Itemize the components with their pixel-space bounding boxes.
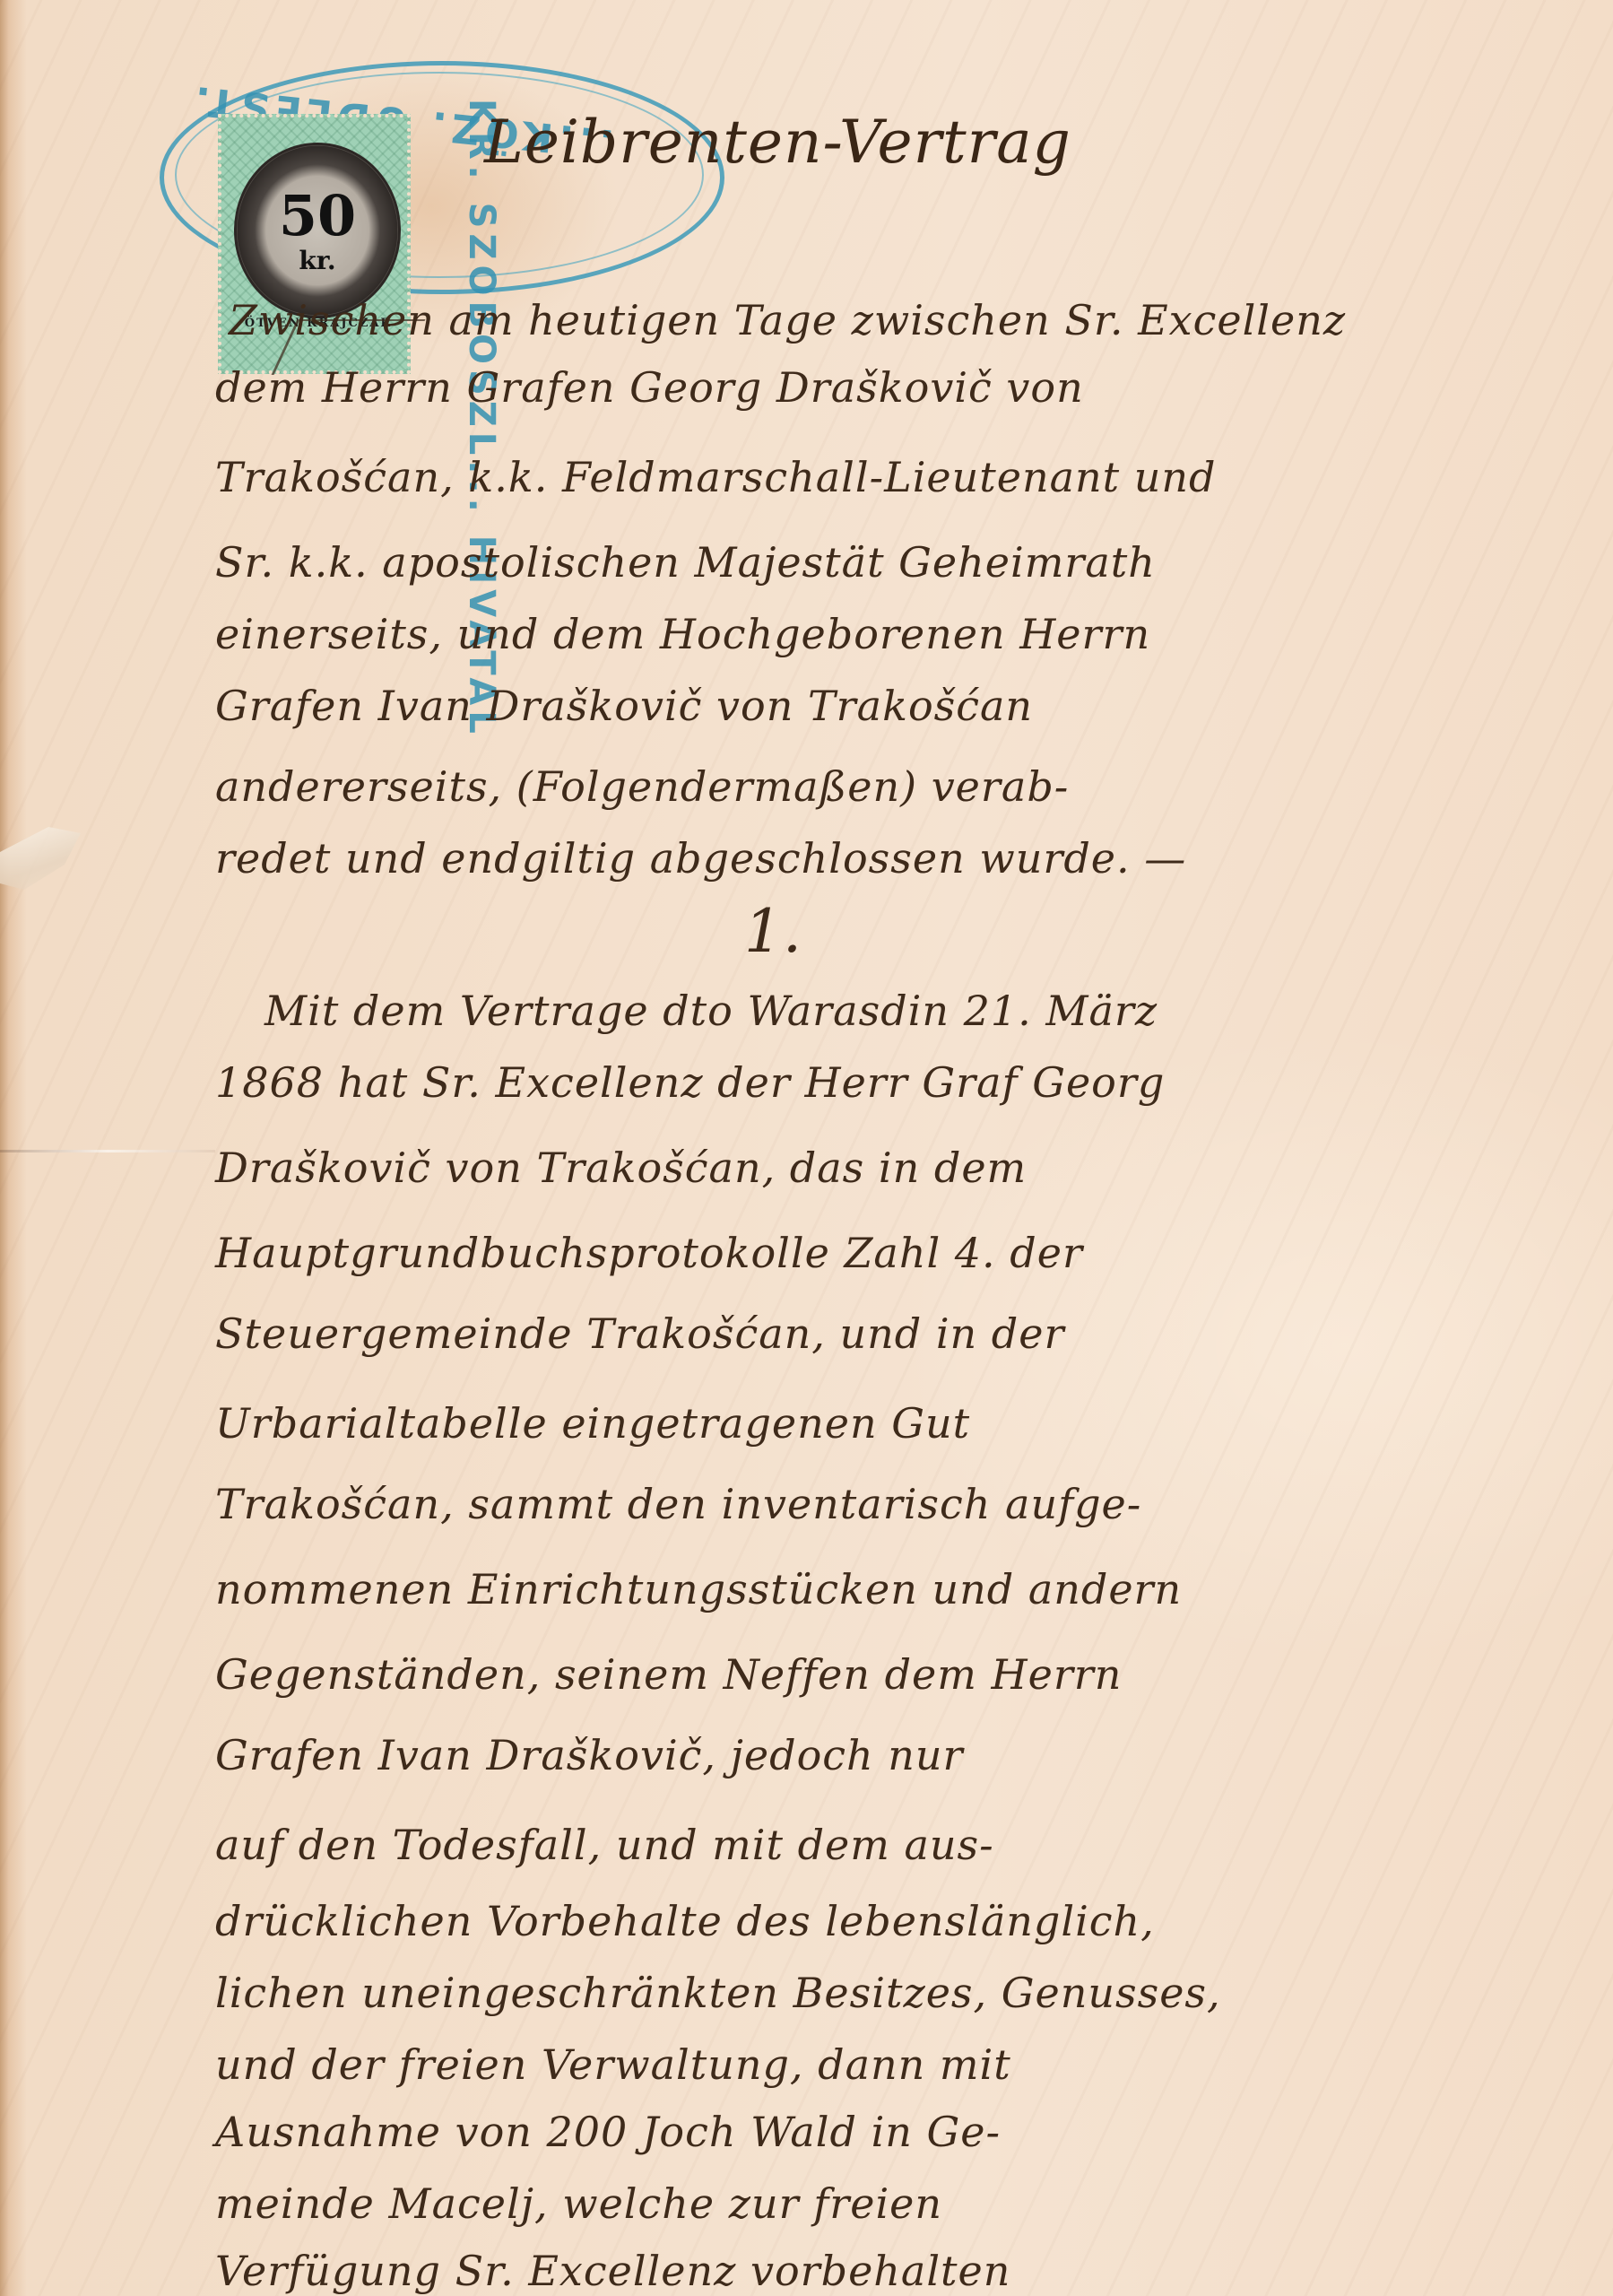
section-line: Gegenständen, seinem Neffen dem Herrn [215,1650,1122,1699]
intro-line: Grafen Ivan Draškovič von Trakošćan [215,682,1033,730]
intro-line: andererseits, (Folgendermaßen) verab- [215,762,1069,811]
stamp-unit: kr. [237,246,398,275]
section-line: und der freien Verwaltung, dann mit [215,2040,1011,2089]
section-line: lichen uneingeschränkten Besitzes, Genus… [215,1969,1221,2017]
section-line: meinde Macelj, welche zur freien [215,2179,942,2228]
section-number: 1. [744,897,802,966]
section-line: Draškovič von Trakošćan, das in dem [215,1144,1027,1192]
section-line: Hauptgrundbuchsprotokolle Zahl 4. der [215,1229,1083,1277]
section-line: Grafen Ivan Draškovič, jedoch nur [215,1731,964,1779]
stamp-value: 50 [237,183,398,248]
intro-line: Trakošćan, k.k. Feldmarschall-Lieutenant… [215,453,1216,501]
section-line: Urbarialtabelle eingetragenen Gut [215,1399,970,1448]
intro-line: redet und endgiltig abgeschlossen wurde.… [215,834,1186,883]
intro-line: dem Herrn Grafen Georg Draškovič von [215,363,1084,412]
stamp-medallion-icon: 50 kr. [234,143,401,318]
paper-fold [0,1150,215,1152]
section-line: Steuergemeinde Trakošćan, und in der [215,1309,1064,1358]
section-line: drücklichen Vorbehalte des lebenslänglic… [215,1897,1155,1945]
section-line: Ausnahme von 200 Joch Wald in Ge- [215,2108,1001,2156]
section-line: 1868 hat Sr. Excellenz der Herr Graf Geo… [215,1058,1165,1107]
intro-line: Sr. k.k. apostolischen Majestät Geheimra… [215,538,1156,587]
section-line: Mit dem Vertrage dto Warasdin 21. März [264,987,1158,1035]
section-line: Verfügung Sr. Excellenz vorbehalten [215,2247,1010,2295]
section-line: auf den Todesfall, und mit dem aus- [215,1821,994,1869]
section-line: Trakošćan, sammt den inventarisch aufge- [215,1480,1141,1528]
intro-line: einerseits, und dem Hochgeborenen Herrn [215,610,1150,658]
intro-line: Zwischen am heutigen Tage zwischen Sr. E… [229,296,1346,344]
section-line: nommenen Einrichtungsstücken und andern [215,1565,1182,1613]
document-title: Leibrenten-Vertrag [484,108,1071,177]
